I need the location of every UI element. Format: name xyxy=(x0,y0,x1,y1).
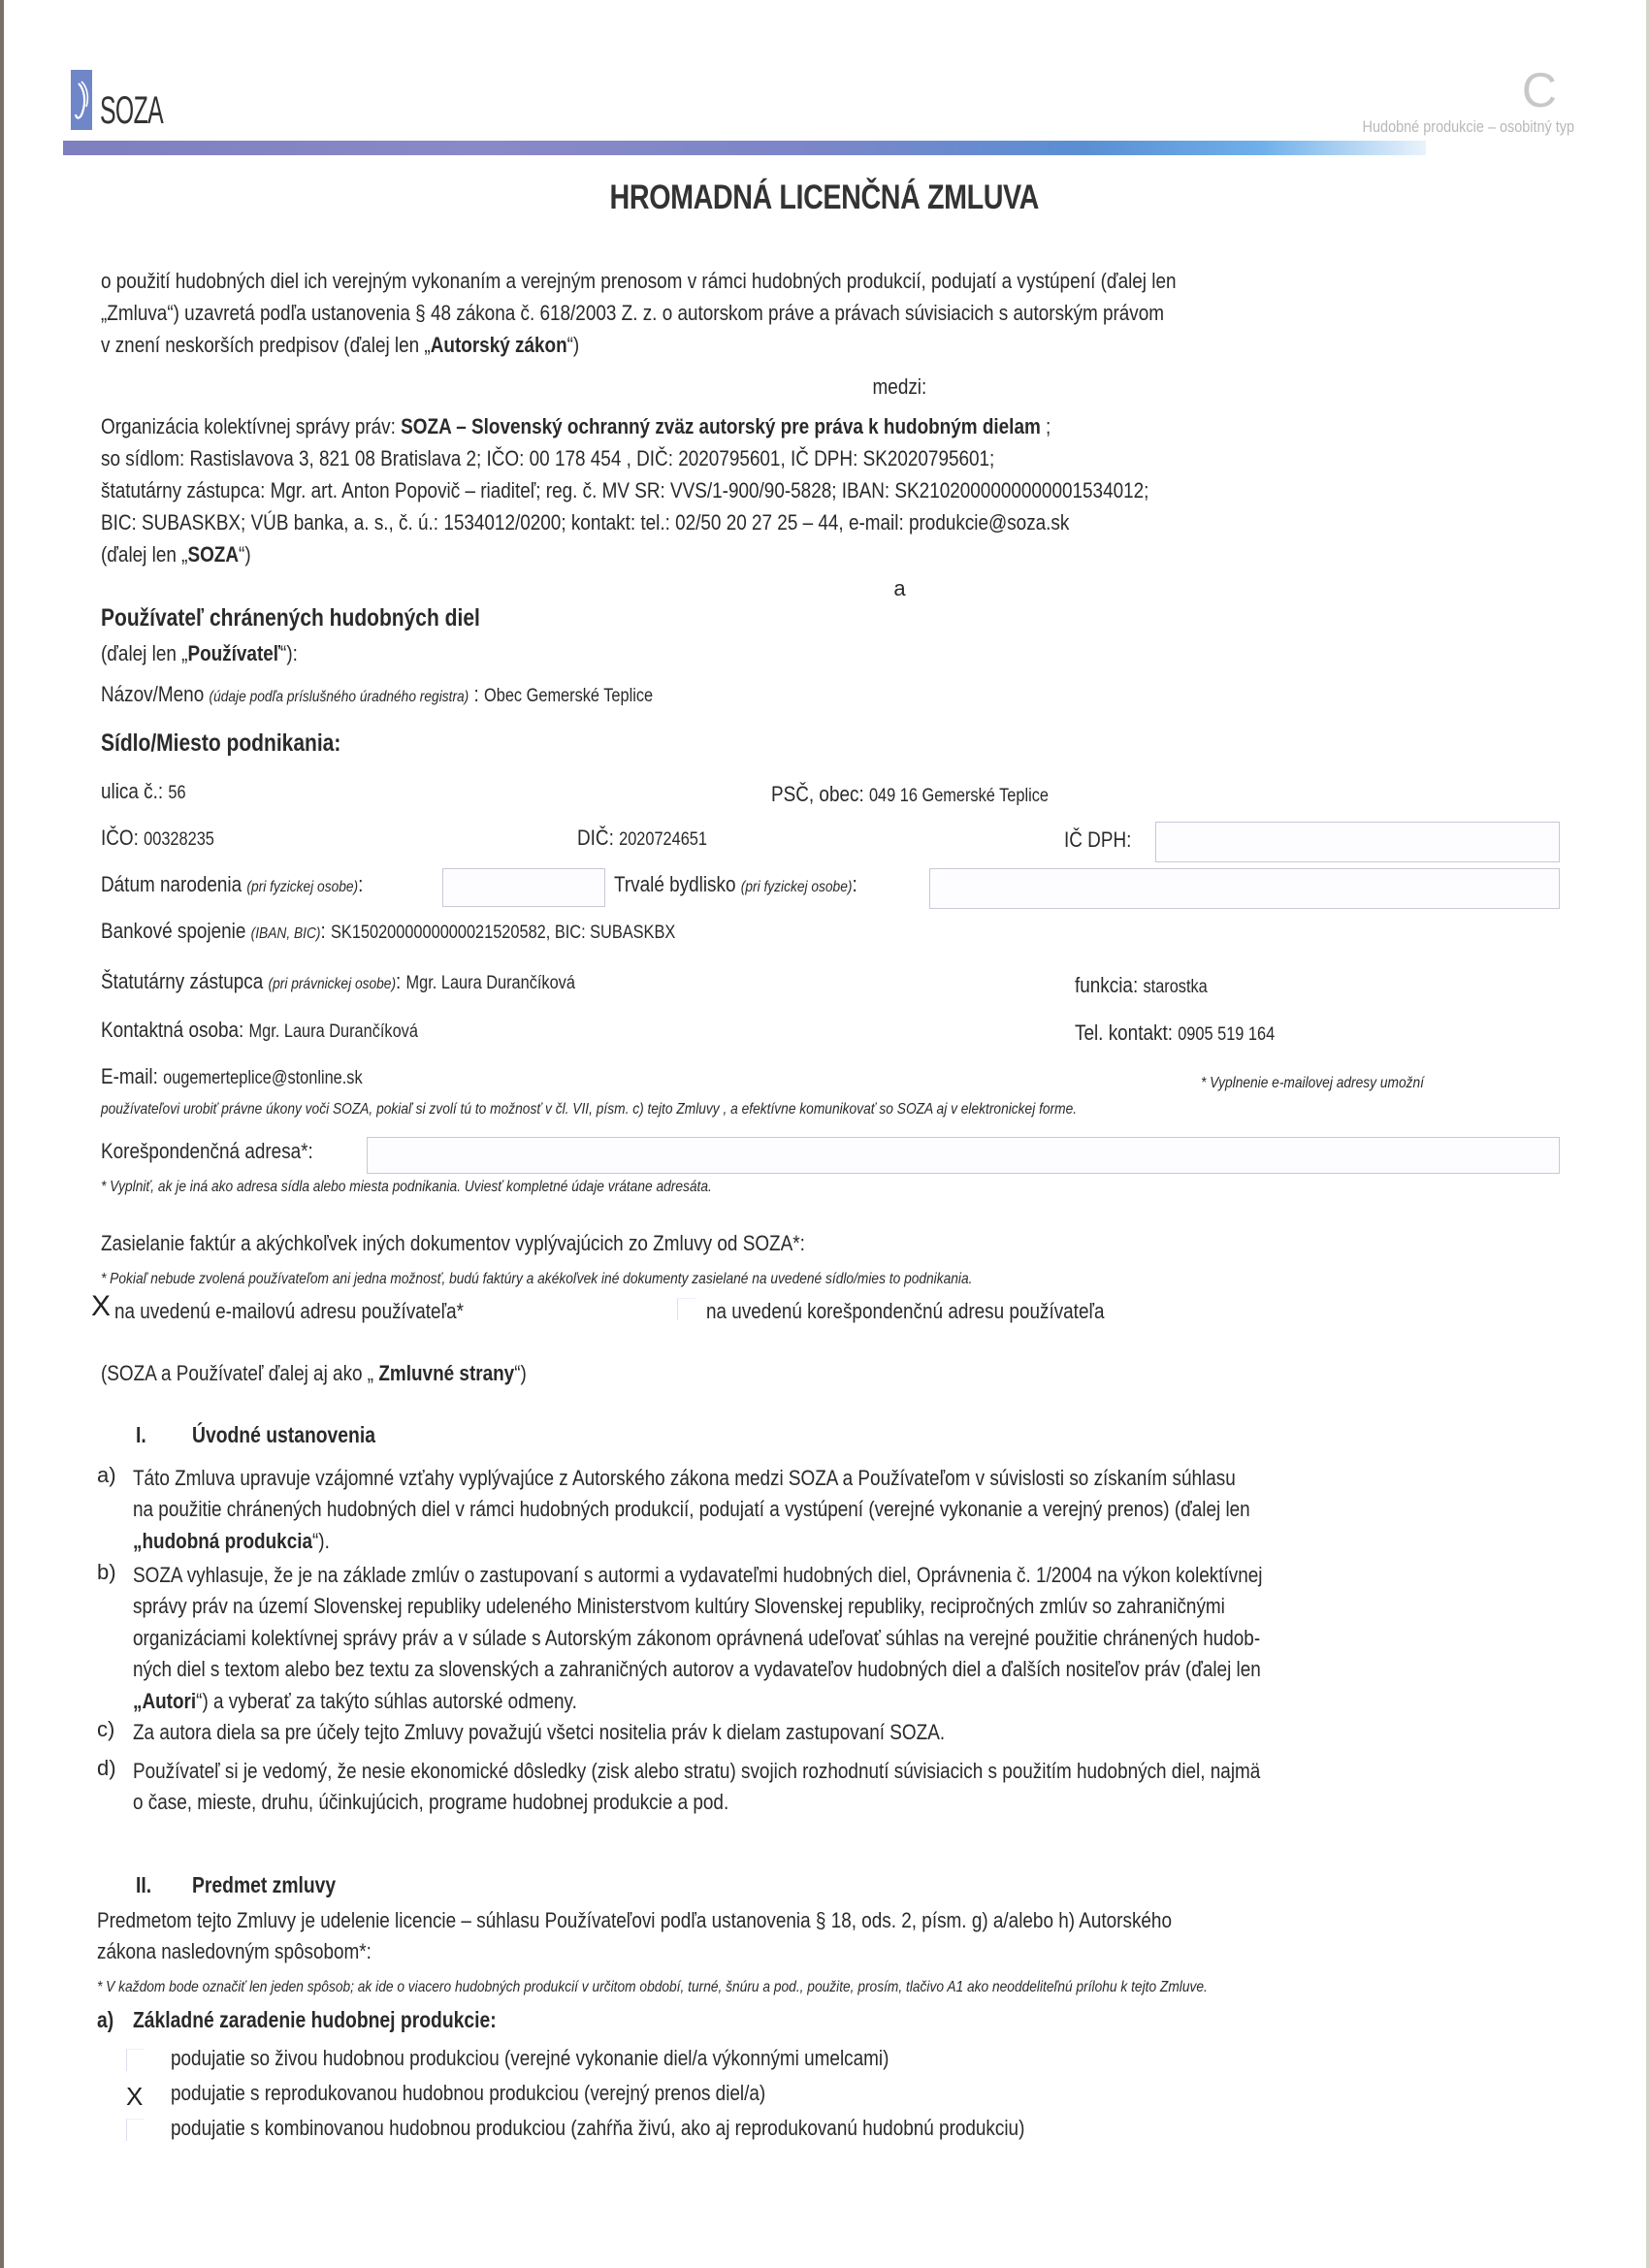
seat-heading: Sídlo/Miesto podnikania: xyxy=(101,729,340,758)
list-item-line: Za autora diela sa pre účely tejto Zmluv… xyxy=(133,1717,945,1748)
residence-label: Trvalé bydlisko (pri fyzickej osobe): xyxy=(614,869,857,903)
icdph-label: IČ DPH: xyxy=(1064,825,1131,856)
icdph-field[interactable] xyxy=(1155,822,1560,862)
soza-line-4: BIC: SUBASKBX; VÚB banka, a. s., č. ú.: … xyxy=(101,507,1069,538)
list-item-line: Používateľ si je vedomý, že nesie ekonom… xyxy=(133,1756,1260,1787)
ico-field[interactable]: 00328235 xyxy=(144,829,214,850)
list-item-line: organizáciami kolektívnej správy práv a … xyxy=(133,1623,1260,1654)
section-2-note: * V každom bode označiť len jeden spôsob… xyxy=(97,1972,1208,2003)
function-field[interactable]: starostka xyxy=(1143,977,1207,997)
production-type-label: podujatie s reprodukovanou hudobnou prod… xyxy=(171,2078,765,2109)
form-type-label: Hudobné produkcie – osobitný typ xyxy=(1362,117,1574,137)
email-field[interactable]: ougemerteplice@stonline.sk xyxy=(163,1068,363,1088)
section-2-line-1: Predmetom tejto Zmluvy je udelenie licen… xyxy=(97,1905,1172,1936)
section-2-title: Predmet zmluvy xyxy=(192,1872,336,1898)
psc-row: PSČ, obec: 049 16 Gemerské Teplice xyxy=(771,779,1049,812)
soza-logo: SOZA xyxy=(71,70,202,130)
section-2-number: II. xyxy=(136,1872,151,1898)
soza-line-1: Organizácia kolektívnej správy práv: SOZ… xyxy=(101,411,1051,442)
contact-field[interactable]: Mgr. Laura Durančíková xyxy=(249,1021,418,1042)
and-label: a xyxy=(0,576,1649,601)
section-1-title: Úvodné ustanovenia xyxy=(192,1422,375,1448)
section-2-line-2: zákona nasledovným spôsobom*: xyxy=(97,1936,372,1967)
item-letter: d) xyxy=(97,1756,116,1781)
user-heading: Používateľ chránených hudobných diel xyxy=(101,604,480,632)
list-item-line: o čase, mieste, druhu, účinkujúcich, pro… xyxy=(133,1787,728,1818)
list-item-line: „Autori“) a vyberať za takýto súhlas aut… xyxy=(133,1686,577,1717)
psc-field[interactable]: 049 16 Gemerské Teplice xyxy=(869,786,1049,806)
delivery-postal-option: na uvedenú korešpondenčnú adresu používa… xyxy=(706,1296,1105,1327)
soza-line-3: štatutárny zástupca: Mgr. art. Anton Pop… xyxy=(101,475,1148,506)
note-logo-icon xyxy=(71,70,92,130)
logo-text: SOZA xyxy=(100,91,163,130)
dic-field[interactable]: 2020724651 xyxy=(619,829,707,850)
phone-field[interactable]: 0905 519 164 xyxy=(1178,1024,1275,1045)
delivery-postal-checkbox[interactable] xyxy=(677,1298,695,1320)
production-type-checkbox[interactable] xyxy=(126,2119,145,2141)
production-type-label: podujatie so živou hudobnou produkciou (… xyxy=(171,2043,889,2074)
name-field[interactable]: Obec Gemerské Teplice xyxy=(484,686,653,706)
delivery-heading: Zasielanie faktúr a akýchkoľvek iných do… xyxy=(101,1228,805,1259)
email-note-1: * Vyplnenie e-mailovej adresy umožní xyxy=(1201,1068,1424,1099)
function-row: funkcia: starostka xyxy=(1075,970,1208,1003)
delivery-email-option: na uvedenú e-mailovú adresu používateľa* xyxy=(114,1296,464,1327)
list-item-line: správy práv na území Slovenskej republik… xyxy=(133,1591,1225,1622)
street-row: ulica č.: 56 xyxy=(101,776,186,809)
intro-line-2: „Zmluva“) uzavretá podľa ustanovenia § 4… xyxy=(101,298,1164,329)
scan-edge-left xyxy=(0,0,4,2268)
correspondence-address-field[interactable] xyxy=(367,1137,1560,1174)
birth-date-field[interactable] xyxy=(442,868,605,907)
section-2-sub-title: Základné zaradenie hudobnej produkcie: xyxy=(133,2007,497,2033)
between-label: medzi: xyxy=(0,374,1649,400)
residence-field[interactable] xyxy=(929,868,1560,909)
delivery-email-checkbox[interactable]: X xyxy=(91,1292,111,1321)
item-letter: c) xyxy=(97,1717,114,1742)
list-item-line: SOZA vyhlasuje, že je na základe zmlúv o… xyxy=(133,1560,1262,1591)
production-type-checkbox[interactable] xyxy=(126,2049,145,2071)
email-note-2: používateľovi urobiť právne úkony voči S… xyxy=(101,1094,1077,1125)
form-type-letter: C xyxy=(1522,62,1557,118)
section-1-number: I. xyxy=(136,1422,146,1448)
dic-row: DIČ: 2020724651 xyxy=(577,823,707,856)
header-divider xyxy=(63,141,1426,155)
statutory-row: Štatutárny zástupca (pri právnickej osob… xyxy=(101,966,575,1000)
parties-line: (SOZA a Používateľ ďalej aj ako „ Zmluvn… xyxy=(101,1358,527,1389)
corr-label: Korešpondenčná adresa*: xyxy=(101,1136,313,1167)
birth-label: Dátum narodenia (pri fyzickej osobe): xyxy=(101,869,363,903)
list-item-line: „hudobná produkcia“). xyxy=(133,1526,330,1557)
bank-row: Bankové spojenie (IBAN, BIC): SK15020000… xyxy=(101,916,675,950)
intro-line-1: o použití hudobných diel ich verejným vy… xyxy=(101,266,1177,297)
delivery-note: * Pokiaľ nebude zvolená používateľom ani… xyxy=(101,1264,972,1295)
section-2-sub-letter: a) xyxy=(97,2007,113,2033)
item-letter: b) xyxy=(97,1560,116,1585)
corr-note: * Vyplniť, ak je iná ako adresa sídla al… xyxy=(101,1172,712,1203)
contact-row: Kontaktná osoba: Mgr. Laura Durančíková xyxy=(101,1015,418,1048)
production-type-label: podujatie s kombinovanou hudobnou produk… xyxy=(171,2113,1024,2144)
intro-line-3: v znení neskorších predpisov (ďalej len … xyxy=(101,330,579,361)
production-type-checkbox[interactable]: X xyxy=(126,2082,143,2111)
list-item-line: ných diel s textom alebo bez textu za sl… xyxy=(133,1654,1261,1685)
statutory-field[interactable]: Mgr. Laura Durančíková xyxy=(406,973,575,993)
soza-line-2: so sídlom: Rastislavova 3, 821 08 Bratis… xyxy=(101,443,994,474)
bank-field[interactable]: SK1502000000000021520582, BIC: SUBASKBX xyxy=(331,923,675,943)
street-field[interactable]: 56 xyxy=(168,783,185,803)
email-row: E-mail: ougemerteplice@stonline.sk xyxy=(101,1061,363,1094)
list-item-line: na použitie chránených hudobných diel v … xyxy=(133,1494,1250,1525)
name-row: Názov/Meno (údaje podľa príslušného úrad… xyxy=(101,679,653,713)
phone-row: Tel. kontakt: 0905 519 164 xyxy=(1075,1018,1275,1051)
soza-line-5: (ďalej len „SOZA“) xyxy=(101,539,251,570)
list-item-line: Táto Zmluva upravuje vzájomné vzťahy vyp… xyxy=(133,1463,1236,1494)
document-title: HROMADNÁ LICENČNÁ ZMLUVA xyxy=(0,178,1649,217)
ico-row: IČO: 00328235 xyxy=(101,823,214,856)
item-letter: a) xyxy=(97,1463,116,1488)
user-alias: (ďalej len „Používateľ“): xyxy=(101,638,298,669)
